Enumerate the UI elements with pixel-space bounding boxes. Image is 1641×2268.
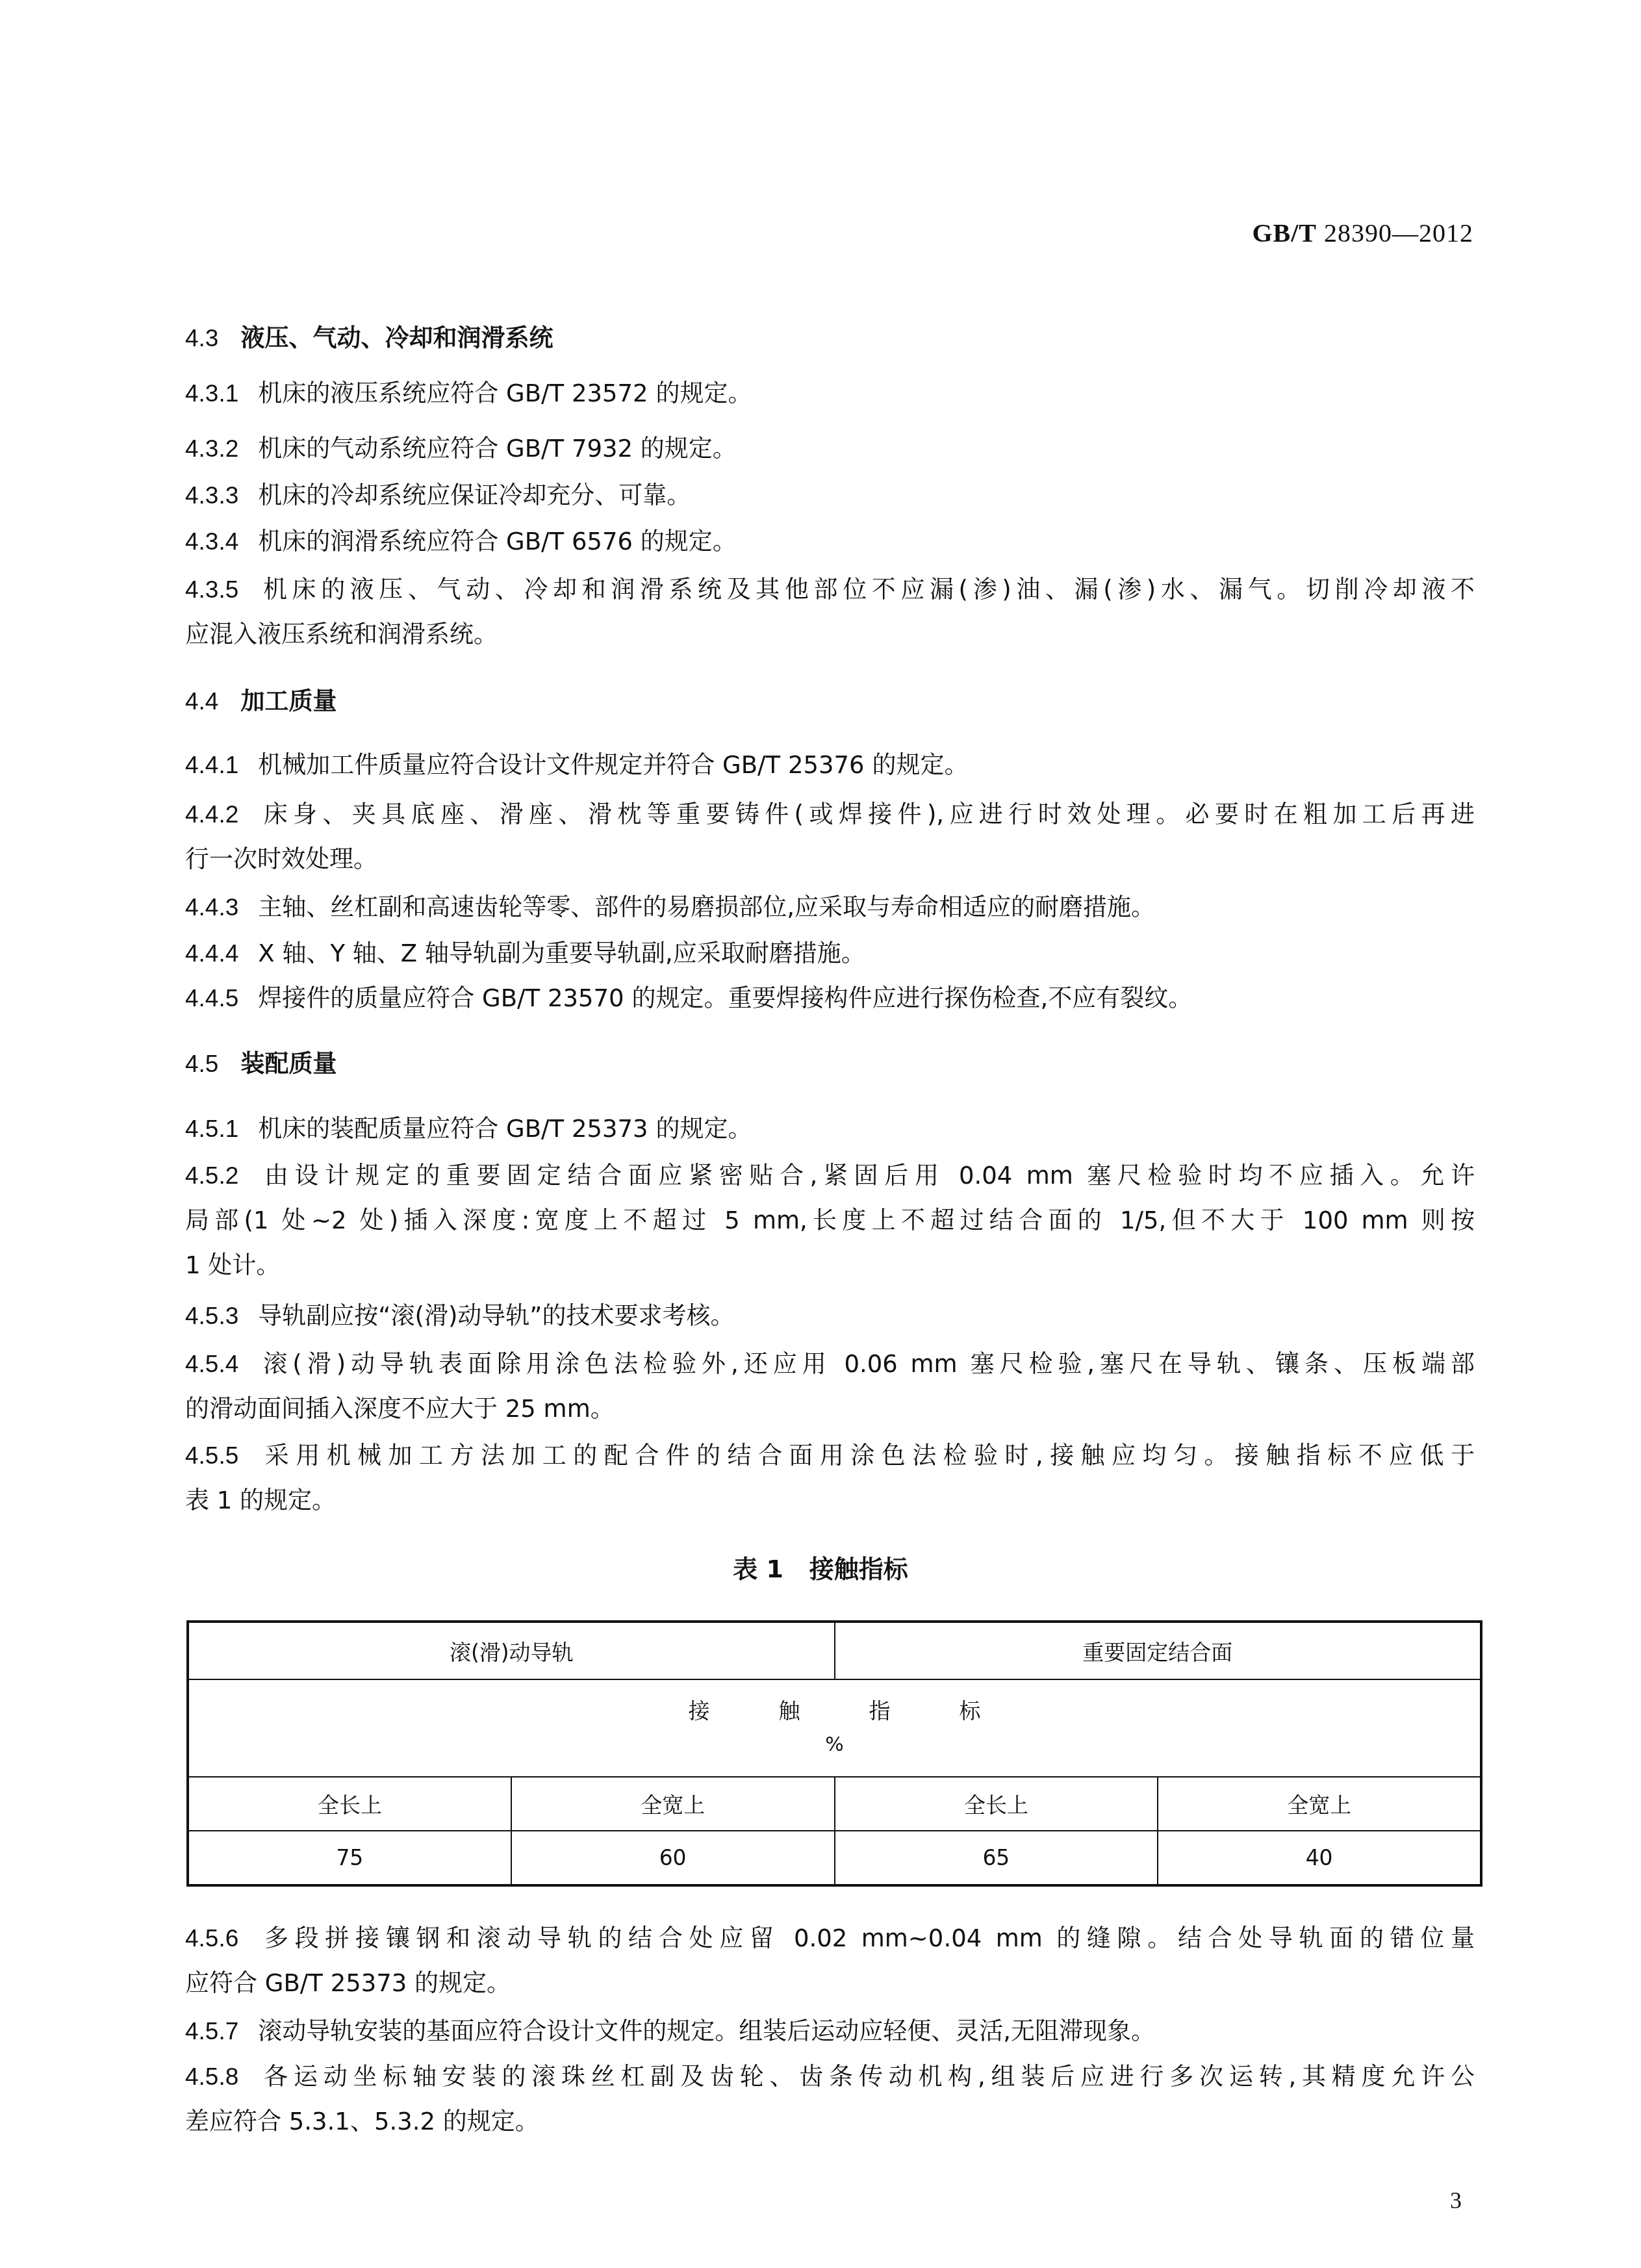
clause-text: 床身、夹具底座、滑座、滑枕等重要铸件(或焊接件),应进行时效处理。必要时在粗加工… bbox=[258, 800, 1475, 828]
section-heading: 4.4加工质量 bbox=[185, 686, 1475, 717]
paragraph-line: 4.3.1机床的液压系统应符合 GB/T 23572 的规定。 bbox=[185, 378, 1475, 409]
paragraph-line: 表 1 的规定。 bbox=[185, 1485, 1475, 1516]
section-title: 装配质量 bbox=[240, 1050, 337, 1078]
table-number: 表 1 bbox=[733, 1555, 783, 1583]
clause-text: 1 处计。 bbox=[185, 1251, 280, 1279]
table-cell: 75 bbox=[188, 1831, 511, 1885]
clause-text: 焊接件的质量应符合 GB/T 23570 的规定。重要焊接构件应进行探伤检查,不… bbox=[258, 984, 1192, 1012]
section-title: 液压、气动、冷却和润滑系统 bbox=[240, 324, 553, 352]
span-header-cell: 接触指标 % bbox=[188, 1679, 1481, 1777]
paragraph-line: 4.5.5采用机械加工方法加工的配合件的结合面用涂色法检验时,接触应均匀。接触指… bbox=[185, 1440, 1475, 1472]
clause-number: 4.4.3 bbox=[185, 894, 238, 921]
contact-index-table: 滚(滑)动导轨 重要固定结合面 接触指标 % 全长上 全宽上 全长上 全宽上 7… bbox=[186, 1620, 1482, 1887]
table-cell: 40 bbox=[1158, 1831, 1481, 1885]
clause-text: X 轴、Y 轴、Z 轴导轨副为重要导轨副,应采取耐磨措施。 bbox=[258, 939, 865, 967]
table-caption: 接触指标 bbox=[809, 1555, 908, 1583]
clause-number: 4.5.1 bbox=[185, 1115, 238, 1142]
clause-number: 4.5.6 bbox=[185, 1925, 238, 1952]
section-number: 4.4 bbox=[185, 688, 218, 715]
clause-text: 差应符合 5.3.1、5.3.2 的规定。 bbox=[185, 2108, 539, 2135]
section-heading: 4.5装配质量 bbox=[185, 1049, 1475, 1080]
clause-text: 由设计规定的重要固定结合面应紧密贴合,紧固后用 0.04 mm 塞尺检验时均不应… bbox=[258, 1162, 1475, 1190]
group-header-rolling-guide: 滚(滑)动导轨 bbox=[188, 1622, 835, 1679]
clause-text: 各运动坐标轴安装的滚珠丝杠副及齿轮、齿条传动机构,组装后应进行多次运转,其精度允… bbox=[258, 2063, 1475, 2091]
clause-number: 4.5.5 bbox=[185, 1442, 238, 1469]
clause-number: 4.5.2 bbox=[185, 1162, 238, 1189]
page-header: GB/T 28390—2012 bbox=[1252, 218, 1473, 248]
paragraph-line: 1 处计。 bbox=[185, 1250, 1475, 1281]
paragraph-line: 4.3.2机床的气动系统应符合 GB/T 7932 的规定。 bbox=[185, 433, 1475, 465]
clause-text: 表 1 的规定。 bbox=[185, 1486, 336, 1514]
table-row: 75 60 65 40 bbox=[188, 1831, 1481, 1885]
clause-number: 4.3.1 bbox=[185, 380, 238, 407]
paragraph-line: 4.4.5焊接件的质量应符合 GB/T 23570 的规定。重要焊接构件应进行探… bbox=[185, 983, 1475, 1014]
clause-text: 多段拼接镶钢和滚动导轨的结合处应留 0.02 mm~0.04 mm 的缝隙。结合… bbox=[258, 1924, 1475, 1952]
span-header-label: 接触指标 bbox=[620, 1698, 1050, 1724]
paragraph-line: 4.3.3机床的冷却系统应保证冷却充分、可靠。 bbox=[185, 480, 1475, 511]
column-header: 全宽上 bbox=[511, 1777, 835, 1831]
paragraph-line: 应混入液压系统和润滑系统。 bbox=[185, 619, 1475, 650]
clause-number: 4.5.4 bbox=[185, 1351, 238, 1377]
clause-text: 行一次时效处理。 bbox=[185, 845, 377, 873]
paragraph-line: 4.5.4滚(滑)动导轨表面除用涂色法检验外,还应用 0.06 mm 塞尺检验,… bbox=[185, 1349, 1475, 1380]
table-title: 表 1接触指标 bbox=[0, 1549, 1641, 1585]
clause-text: 的滑动面间插入深度不应大于 25 mm。 bbox=[185, 1395, 615, 1423]
table-column-header-row: 全长上 全宽上 全长上 全宽上 bbox=[188, 1777, 1481, 1831]
clause-text: 主轴、丝杠副和高速齿轮等零、部件的易磨损部位,应采取与寿命相适应的耐磨措施。 bbox=[258, 893, 1155, 921]
clause-number: 4.3.4 bbox=[185, 528, 238, 555]
page-number: 3 bbox=[1450, 2187, 1462, 2214]
group-header-fixed-joint: 重要固定结合面 bbox=[835, 1622, 1482, 1679]
clause-number: 4.3.2 bbox=[185, 435, 238, 462]
clause-text: 机床的液压系统应符合 GB/T 23572 的规定。 bbox=[258, 379, 752, 407]
clause-number: 4.4.2 bbox=[185, 801, 238, 828]
clause-text: 机床的冷却系统应保证冷却充分、可靠。 bbox=[258, 481, 691, 509]
paragraph-line: 4.5.3导轨副应按“滚(滑)动导轨”的技术要求考核。 bbox=[185, 1301, 1475, 1332]
section-number: 4.3 bbox=[185, 325, 218, 351]
column-header: 全宽上 bbox=[1158, 1777, 1481, 1831]
table-cell: 65 bbox=[835, 1831, 1158, 1885]
standard-number: 28390—2012 bbox=[1324, 218, 1473, 248]
paragraph-line: 4.4.3主轴、丝杠副和高速齿轮等零、部件的易磨损部位,应采取与寿命相适应的耐磨… bbox=[185, 892, 1475, 923]
paragraph-line: 4.5.7滚动导轨安装的基面应符合设计文件的规定。组装后运动应轻便、灵活,无阻滞… bbox=[185, 2016, 1475, 2047]
standard-code: GB/T bbox=[1252, 218, 1317, 248]
section-title: 加工质量 bbox=[240, 687, 337, 715]
clause-text: 应符合 GB/T 25373 的规定。 bbox=[185, 1969, 511, 1997]
column-header: 全长上 bbox=[188, 1777, 511, 1831]
paragraph-line: 4.5.2由设计规定的重要固定结合面应紧密贴合,紧固后用 0.04 mm 塞尺检… bbox=[185, 1160, 1475, 1191]
clause-number: 4.4.4 bbox=[185, 940, 238, 967]
clause-text: 采用机械加工方法加工的配合件的结合面用涂色法检验时,接触应均匀。接触指标不应低于 bbox=[258, 1442, 1475, 1470]
paragraph-line: 局部(1 处~2 处)插入深度:宽度上不超过 5 mm,长度上不超过结合面的 1… bbox=[185, 1205, 1475, 1236]
clause-text: 导轨副应按“滚(滑)动导轨”的技术要求考核。 bbox=[258, 1302, 734, 1330]
table-span-header-row: 接触指标 % bbox=[188, 1679, 1481, 1777]
clause-number: 4.5.3 bbox=[185, 1303, 238, 1329]
section-heading: 4.3液压、气动、冷却和润滑系统 bbox=[185, 323, 1475, 354]
section-number: 4.5 bbox=[185, 1051, 218, 1077]
table-group-header-row: 滚(滑)动导轨 重要固定结合面 bbox=[188, 1622, 1481, 1679]
clause-text: 机床的润滑系统应符合 GB/T 6576 的规定。 bbox=[258, 528, 737, 555]
paragraph-line: 应符合 GB/T 25373 的规定。 bbox=[185, 1968, 1475, 1999]
clause-text: 机床的气动系统应符合 GB/T 7932 的规定。 bbox=[258, 435, 737, 463]
paragraph-line: 4.5.1机床的装配质量应符合 GB/T 25373 的规定。 bbox=[185, 1114, 1475, 1145]
clause-text: 滚动导轨安装的基面应符合设计文件的规定。组装后运动应轻便、灵活,无阻滞现象。 bbox=[258, 2017, 1155, 2045]
clause-number: 4.4.5 bbox=[185, 985, 238, 1012]
clause-number: 4.3.5 bbox=[185, 576, 238, 603]
column-header: 全长上 bbox=[835, 1777, 1158, 1831]
paragraph-line: 4.4.1机械加工件质量应符合设计文件规定并符合 GB/T 25376 的规定。 bbox=[185, 750, 1475, 781]
table-cell: 60 bbox=[511, 1831, 835, 1885]
clause-number: 4.4.1 bbox=[185, 752, 238, 778]
clause-text: 局部(1 处~2 处)插入深度:宽度上不超过 5 mm,长度上不超过结合面的 1… bbox=[185, 1206, 1475, 1234]
clause-number: 4.5.7 bbox=[185, 2018, 238, 2045]
paragraph-line: 4.3.4机床的润滑系统应符合 GB/T 6576 的规定。 bbox=[185, 526, 1475, 557]
clause-text: 机床的装配质量应符合 GB/T 25373 的规定。 bbox=[258, 1115, 752, 1143]
clause-text: 应混入液压系统和润滑系统。 bbox=[185, 620, 498, 648]
paragraph-line: 4.4.2床身、夹具底座、滑座、滑枕等重要铸件(或焊接件),应进行时效处理。必要… bbox=[185, 799, 1475, 830]
clause-text: 机械加工件质量应符合设计文件规定并符合 GB/T 25376 的规定。 bbox=[258, 751, 968, 779]
clause-number: 4.3.3 bbox=[185, 482, 238, 509]
paragraph-line: 4.4.4X 轴、Y 轴、Z 轴导轨副为重要导轨副,应采取耐磨措施。 bbox=[185, 938, 1475, 969]
paragraph-line: 4.5.8各运动坐标轴安装的滚珠丝杠副及齿轮、齿条传动机构,组装后应进行多次运转… bbox=[185, 2061, 1475, 2093]
paragraph-line: 的滑动面间插入深度不应大于 25 mm。 bbox=[185, 1394, 1475, 1425]
paragraph-line: 行一次时效处理。 bbox=[185, 844, 1475, 875]
unit-label: % bbox=[189, 1728, 1480, 1762]
clause-number: 4.5.8 bbox=[185, 2063, 238, 2090]
clause-text: 滚(滑)动导轨表面除用涂色法检验外,还应用 0.06 mm 塞尺检验,塞尺在导轨… bbox=[258, 1350, 1475, 1378]
paragraph-line: 4.3.5机床的液压、气动、冷却和润滑系统及其他部位不应漏(渗)油、漏(渗)水、… bbox=[185, 574, 1475, 605]
paragraph-line: 差应符合 5.3.1、5.3.2 的规定。 bbox=[185, 2106, 1475, 2137]
clause-text: 机床的液压、气动、冷却和润滑系统及其他部位不应漏(渗)油、漏(渗)水、漏气。切削… bbox=[258, 576, 1475, 604]
paragraph-line: 4.5.6多段拼接镶钢和滚动导轨的结合处应留 0.02 mm~0.04 mm 的… bbox=[185, 1923, 1475, 1954]
